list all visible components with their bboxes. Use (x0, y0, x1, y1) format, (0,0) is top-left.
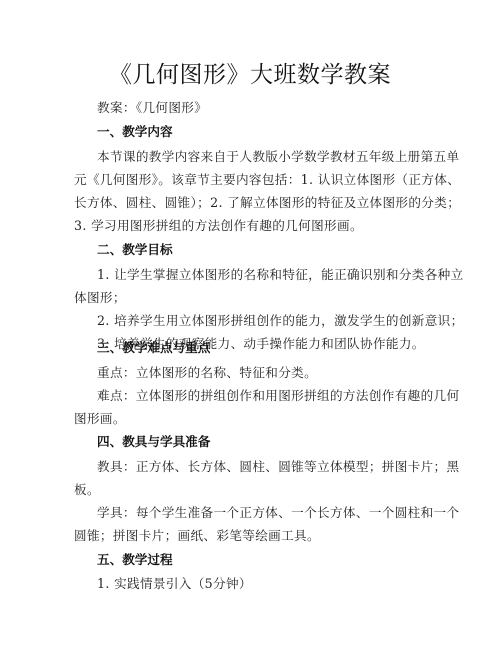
paragraph-line: 圆锥；拼图卡片；画纸、彩笔等绘画工具。 (74, 525, 320, 544)
section-heading-teaching-goals: 二、教学目标 (97, 239, 173, 258)
paragraph-line: 板。 (74, 479, 100, 498)
document-page: 《几何图形》大班数学教案 教案：《几何图形》 一、教学内容 本节课的教学内容来自… (0, 0, 500, 647)
section-heading-difficulties-key-points: 三、教学难点与重点 (97, 337, 210, 356)
paragraph-line: 图形画。 (74, 408, 126, 427)
paragraph-line: 元《几何图形》。该章节主要内容包括：1. 认识立体图形（正方体、 (74, 169, 460, 188)
paragraph-line: 3. 学习用图形拼组的方法创作有趣的几何图形画。 (74, 215, 363, 234)
lesson-plan-label: 教案：《几何图形》 (97, 97, 207, 116)
paragraph-line: 体图形； (74, 287, 126, 306)
paragraph-line: 难点：立体图形的拼组创作和用图形拼组的方法创作有趣的几何 (97, 385, 459, 404)
paragraph-line: 本节课的教学内容来自于人教版小学数学教材五年级上册第五单 (97, 146, 459, 165)
paragraph-line: 1. 让学生掌握立体图形的名称和特征，能正确识别和分类各种立 (97, 264, 464, 283)
section-heading-teaching-content: 一、教学内容 (97, 121, 173, 140)
document-title: 《几何图形》大班数学教案 (0, 56, 500, 89)
paragraph-line: 教具：正方体、长方体、圆柱、圆锥等立体模型；拼图卡片；黑 (97, 456, 459, 475)
paragraph-line: 重点：立体图形的名称、特征和分类。 (97, 362, 317, 381)
paragraph-line: 2. 培养学生用立体图形拼组创作的能力，激发学生的创新意识； (97, 310, 464, 329)
section-heading-teaching-aids: 四、教具与学具准备 (97, 431, 210, 450)
paragraph-line: 长方体、圆柱、圆锥）；2. 了解立体图形的特征及立体图形的分类； (74, 192, 460, 211)
paragraph-line: 学具：每个学生准备一个正方体、一个长方体、一个圆柱和一个 (97, 502, 459, 521)
section-heading-teaching-process: 五、教学过程 (97, 549, 173, 568)
paragraph-line: 1. 实践情景引入（5分钟） (97, 573, 252, 592)
